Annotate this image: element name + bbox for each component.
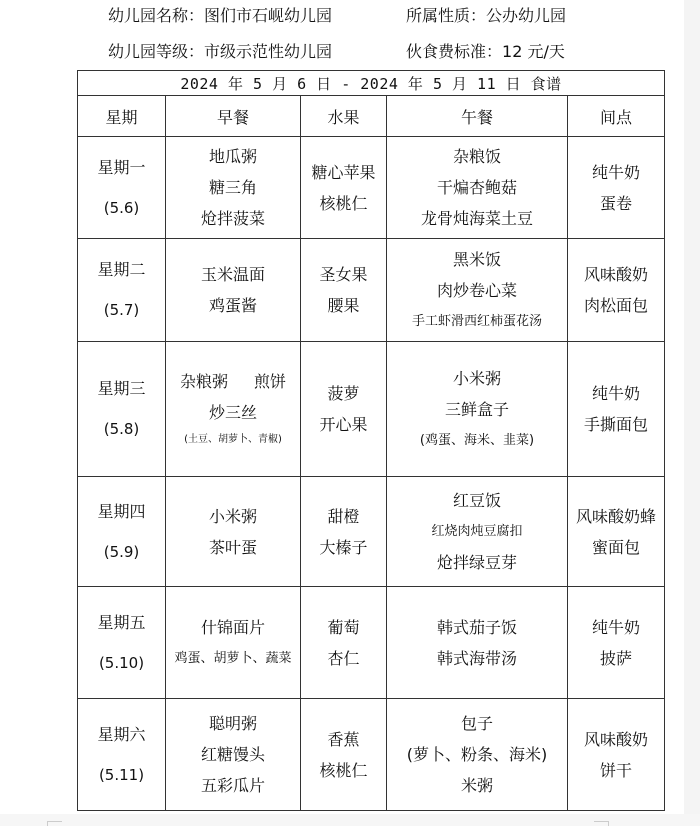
lunch-item: 杂粮饭 (387, 141, 567, 172)
breakfast-item: 杂粮粥 (180, 366, 228, 397)
snack-item: 风味酸奶 (568, 724, 664, 755)
fruit-item: 葡萄 (301, 612, 386, 643)
breakfast-item: 炝拌菠菜 (166, 203, 300, 234)
kindergarten-grade: 幼儿园等级：市级示范性幼儿园 (108, 42, 332, 62)
lunch-cell: 杂粮饭 干煸杏鲍菇 龙骨炖海菜土豆 (387, 137, 568, 239)
lunch-item: 炝拌绿豆芽 (387, 547, 567, 578)
lunch-item: 干煸杏鲍菇 (387, 172, 567, 203)
fruit-item: 杏仁 (301, 643, 386, 674)
fruit-item: 糖心苹果 (301, 157, 386, 188)
date: (5.8) (78, 409, 165, 449)
weekday: 星期六 (78, 715, 165, 755)
fruit-item: 核桃仁 (301, 188, 386, 219)
weekday: 星期三 (78, 369, 165, 409)
fruit-cell: 葡萄 杏仁 (301, 587, 387, 699)
kindergarten-name-value: 图们市石岘幼儿园 (204, 6, 332, 25)
column-header-snack: 间点 (568, 96, 665, 137)
lunch-item: 小米粥 (387, 363, 567, 394)
lunch-item: 黑米饭 (387, 244, 567, 275)
breakfast-item-note: 鸡蛋、胡萝卜、蔬菜 (166, 643, 300, 674)
page-margin-right (684, 0, 700, 826)
column-header-breakfast: 早餐 (166, 96, 301, 137)
fruit-cell: 圣女果 腰果 (301, 239, 387, 342)
breakfast-item: 五彩瓜片 (166, 770, 300, 801)
kindergarten-name: 幼儿园名称：图们市石岘幼儿园 (108, 6, 332, 26)
fruit-cell: 甜橙 大榛子 (301, 477, 387, 587)
kindergarten-nature-label: 所属性质： (406, 6, 486, 25)
fruit-item: 菠萝 (301, 378, 386, 409)
snack-cell: 纯牛奶 手撕面包 (568, 342, 665, 477)
breakfast-item-note: (土豆、胡萝卜、青椒) (166, 428, 300, 452)
meal-fee: 伙食费标准：12 元/天 (406, 42, 565, 62)
breakfast-cell: 小米粥 茶叶蛋 (166, 477, 301, 587)
snack-item: 纯牛奶 (568, 612, 664, 643)
lunch-cell: 韩式茄子饭 韩式海带汤 (387, 587, 568, 699)
breakfast-item: 地瓜粥 (166, 141, 300, 172)
breakfast-item: 炒三丝 (166, 397, 300, 428)
breakfast-items-line: 杂粮粥煎饼 (166, 366, 300, 397)
column-header-lunch: 午餐 (387, 96, 568, 137)
breakfast-item: 鸡蛋酱 (166, 290, 300, 321)
lunch-item: 龙骨炖海菜土豆 (387, 203, 567, 234)
breakfast-item: 糖三角 (166, 172, 300, 203)
table-row: 星期六 (5.11) 聪明粥 红糖馒头 五彩瓜片 香蕉 核桃仁 包子 (萝卜、粉… (78, 699, 665, 811)
kindergarten-grade-value: 市级示范性幼儿园 (204, 42, 332, 61)
weekday-cell: 星期一 (5.6) (78, 137, 166, 239)
breakfast-item: 玉米温面 (166, 259, 300, 290)
lunch-cell: 小米粥 三鲜盒子 (鸡蛋、海米、韭菜) (387, 342, 568, 477)
weekly-menu-table: 2024 年 5 月 6 日 - 2024 年 5 月 11 日 食谱 星期 早… (77, 70, 665, 811)
breakfast-cell: 什锦面片 鸡蛋、胡萝卜、蔬菜 (166, 587, 301, 699)
lunch-item: 手工虾滑西红柿蛋花汤 (387, 306, 567, 337)
page-corner-mark-left (47, 821, 62, 826)
date: (5.10) (78, 643, 165, 683)
lunch-item-note: (萝卜、粉条、海米) (387, 739, 567, 770)
snack-item: 手撕面包 (568, 409, 664, 440)
breakfast-item: 什锦面片 (166, 612, 300, 643)
table-row: 星期二 (5.7) 玉米温面 鸡蛋酱 圣女果 腰果 黑米饭 肉炒卷心菜 手工虾滑… (78, 239, 665, 342)
breakfast-cell: 玉米温面 鸡蛋酱 (166, 239, 301, 342)
snack-item: 纯牛奶 (568, 378, 664, 409)
lunch-item: 包子 (387, 708, 567, 739)
fruit-cell: 菠萝 开心果 (301, 342, 387, 477)
fruit-item: 腰果 (301, 290, 386, 321)
fruit-item: 开心果 (301, 409, 386, 440)
fruit-item: 核桃仁 (301, 755, 386, 786)
snack-item: 风味酸奶蜂 (568, 501, 664, 532)
lunch-cell: 黑米饭 肉炒卷心菜 手工虾滑西红柿蛋花汤 (387, 239, 568, 342)
lunch-cell: 红豆饭 红烧肉炖豆腐扣 炝拌绿豆芽 (387, 477, 568, 587)
weekday-cell: 星期五 (5.10) (78, 587, 166, 699)
lunch-item: 三鲜盒子 (387, 394, 567, 425)
fruit-item: 圣女果 (301, 259, 386, 290)
snack-cell: 风味酸奶 饼干 (568, 699, 665, 811)
lunch-item-note: (鸡蛋、海米、韭菜) (387, 425, 567, 456)
page-corner-mark-right (594, 821, 609, 826)
breakfast-cell: 地瓜粥 糖三角 炝拌菠菜 (166, 137, 301, 239)
date: (5.7) (78, 290, 165, 330)
snack-item: 风味酸奶 (568, 259, 664, 290)
snack-item: 纯牛奶 (568, 157, 664, 188)
snack-item: 肉松面包 (568, 290, 664, 321)
weekday-cell: 星期三 (5.8) (78, 342, 166, 477)
fruit-cell: 香蕉 核桃仁 (301, 699, 387, 811)
date: (5.11) (78, 755, 165, 795)
breakfast-item: 红糖馒头 (166, 739, 300, 770)
lunch-item: 韩式海带汤 (387, 643, 567, 674)
breakfast-item: 聪明粥 (166, 708, 300, 739)
breakfast-item: 煎饼 (254, 366, 286, 397)
weekday: 星期二 (78, 250, 165, 290)
fruit-cell: 糖心苹果 核桃仁 (301, 137, 387, 239)
fruit-item: 香蕉 (301, 724, 386, 755)
kindergarten-grade-label: 幼儿园等级： (108, 42, 204, 61)
lunch-item: 红豆饭 (387, 485, 567, 516)
weekday: 星期一 (78, 148, 165, 188)
weekday-cell: 星期六 (5.11) (78, 699, 166, 811)
column-header-fruit: 水果 (301, 96, 387, 137)
snack-item: 饼干 (568, 755, 664, 786)
snack-item: 蜜面包 (568, 532, 664, 563)
weekday: 星期四 (78, 492, 165, 532)
kindergarten-nature-value: 公办幼儿园 (486, 6, 566, 25)
snack-item: 披萨 (568, 643, 664, 674)
snack-cell: 纯牛奶 披萨 (568, 587, 665, 699)
table-row: 星期五 (5.10) 什锦面片 鸡蛋、胡萝卜、蔬菜 葡萄 杏仁 韩式茄子饭 韩式… (78, 587, 665, 699)
table-title-row: 2024 年 5 月 6 日 - 2024 年 5 月 11 日 食谱 (78, 71, 665, 96)
kindergarten-name-label: 幼儿园名称： (108, 6, 204, 25)
breakfast-cell: 杂粮粥煎饼 炒三丝 (土豆、胡萝卜、青椒) (166, 342, 301, 477)
menu-title: 2024 年 5 月 6 日 - 2024 年 5 月 11 日 食谱 (78, 71, 665, 96)
lunch-cell: 包子 (萝卜、粉条、海米) 米粥 (387, 699, 568, 811)
lunch-item: 肉炒卷心菜 (387, 275, 567, 306)
breakfast-cell: 聪明粥 红糖馒头 五彩瓜片 (166, 699, 301, 811)
lunch-item: 米粥 (387, 770, 567, 801)
snack-item: 蛋卷 (568, 188, 664, 219)
weekday-cell: 星期二 (5.7) (78, 239, 166, 342)
breakfast-item: 茶叶蛋 (166, 532, 300, 563)
table-row: 星期三 (5.8) 杂粮粥煎饼 炒三丝 (土豆、胡萝卜、青椒) 菠萝 开心果 小… (78, 342, 665, 477)
snack-cell: 风味酸奶蜂 蜜面包 (568, 477, 665, 587)
table-row: 星期一 (5.6) 地瓜粥 糖三角 炝拌菠菜 糖心苹果 核桃仁 杂粮饭 干煸杏鲍… (78, 137, 665, 239)
meal-fee-label: 伙食费标准： (406, 42, 502, 61)
fruit-item: 甜橙 (301, 501, 386, 532)
snack-cell: 纯牛奶 蛋卷 (568, 137, 665, 239)
lunch-item: 韩式茄子饭 (387, 612, 567, 643)
weekday: 星期五 (78, 603, 165, 643)
snack-cell: 风味酸奶 肉松面包 (568, 239, 665, 342)
table-row: 星期四 (5.9) 小米粥 茶叶蛋 甜橙 大榛子 红豆饭 红烧肉炖豆腐扣 炝拌绿… (78, 477, 665, 587)
breakfast-item: 小米粥 (166, 501, 300, 532)
column-header-weekday: 星期 (78, 96, 166, 137)
weekday-cell: 星期四 (5.9) (78, 477, 166, 587)
kindergarten-nature: 所属性质：公办幼儿园 (406, 6, 566, 26)
date: (5.6) (78, 188, 165, 228)
meal-fee-value: 12 元/天 (502, 42, 565, 61)
fruit-item: 大榛子 (301, 532, 386, 563)
lunch-item: 红烧肉炖豆腐扣 (387, 516, 567, 547)
date: (5.9) (78, 532, 165, 572)
table-header-row: 星期 早餐 水果 午餐 间点 (78, 96, 665, 137)
